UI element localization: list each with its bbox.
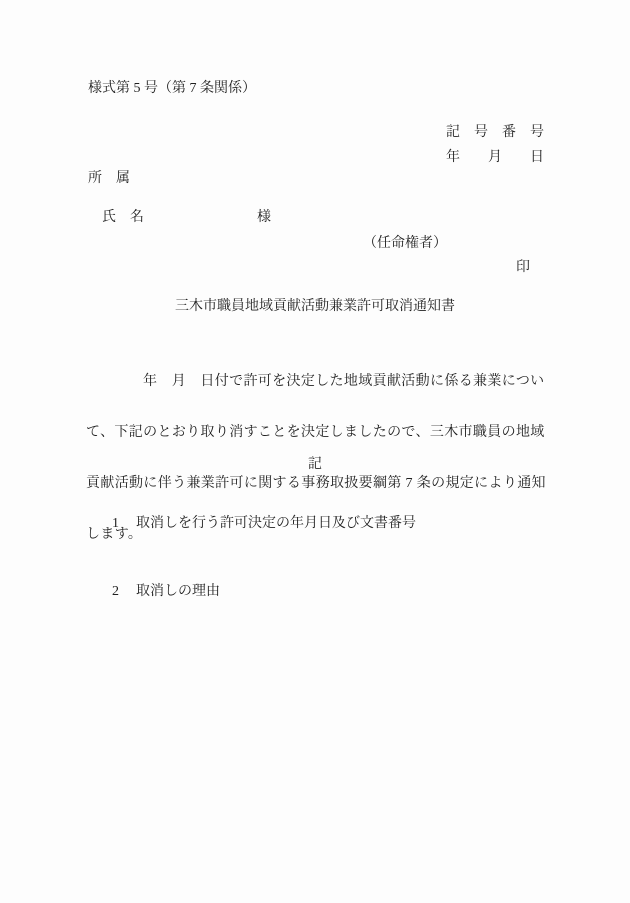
document-title: 三木市職員地域貢献活動兼業許可取消通知書 [0,300,630,314]
name-label: 氏 名 [102,210,144,225]
list-item-1: 1取消しを行う許可決定の年月日及び文書番号 [98,503,416,545]
affiliation-label: 所 属 [88,172,130,186]
item-text: 取消しの理由 [136,584,220,599]
item-text: 取消しを行う許可決定の年月日及び文書番号 [136,516,416,531]
body-line: 年 月 日付で許可を決定した地域貢献活動に係る兼業につい [86,375,556,398]
list-item-2: 2取消しの理由 [98,571,220,613]
document-page: 様式第 5 号（第 7 条関係） 記 号 番 号 年 月 日 所 属 氏 名様 … [0,0,630,903]
body-line: 貢献活動に伴う兼業許可に関する事務取扱要綱第 7 条の規定により通知 [86,477,556,500]
form-number: 様式第 5 号（第 7 条関係） [88,82,256,96]
addressee-name-line: 氏 名様 [88,197,271,239]
honorific-label: 様 [257,210,271,225]
item-number: 2 [112,585,119,599]
record-heading: 記 [0,458,630,472]
appointing-authority-label: （任命権者） [363,237,447,251]
item-number: 1 [112,517,119,531]
date-line: 年 月 日 [0,151,544,165]
body-line: て、下記のとおり取り消すことを決定しましたので、三木市職員の地域 [86,426,556,449]
seal-mark: 印 [516,261,530,275]
reference-number-label: 記 号 番 号 [0,126,544,140]
